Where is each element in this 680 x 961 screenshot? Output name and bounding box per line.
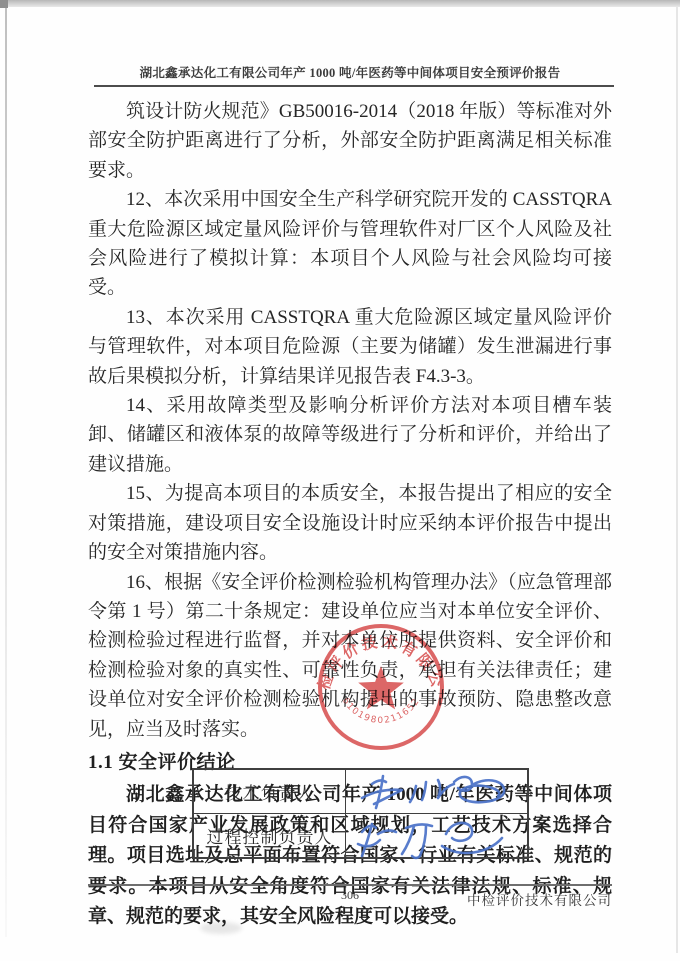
- handwritten-signature-technical: [350, 766, 520, 818]
- scan-edge-left: [5, 7, 7, 937]
- paragraph: 13、本次采用 CASSTQRA 重大危险源区域定量风险评价与管理软件，对本项目…: [88, 303, 612, 391]
- process-control-signature-cell: [346, 814, 527, 857]
- scan-edge-right: [676, 7, 678, 953]
- technical-lead-signature-cell: [346, 770, 527, 813]
- paragraph: 筑设计防火规范》GB50016-2014（2018 年版）等标准对外部安全防护距…: [88, 97, 612, 185]
- report-page: 湖北鑫承达化工有限公司年产 1000 吨/年医药等中间体项目安全预评价报告 筑设…: [0, 0, 680, 961]
- scan-corner-artifact: [0, 0, 8, 8]
- paragraph: 16、根据《安全评价检测检验机构管理办法》（应急管理部令第 1 号）第二十条规定…: [88, 568, 612, 744]
- table-row-process-control: 过程控制负责人: [194, 813, 527, 857]
- header-divider: [94, 85, 614, 87]
- footer-company-name: 中检评价技术有限公司: [467, 889, 612, 909]
- table-row-technical: 技术负责人: [194, 770, 527, 813]
- process-control-lead-label: 过程控制负责人: [194, 814, 346, 857]
- footer-divider: [88, 884, 612, 886]
- signature-table: 技术负责人 过程控制负责人: [192, 768, 529, 859]
- paragraph: 15、为提高本项目的本质安全，本报告提出了相应的安全对策措施，建设项目安全设施设…: [88, 479, 612, 567]
- paragraph: 12、本次采用中国安全生产科学研究院开发的 CASSTQRA 重大危险源区域定量…: [88, 185, 612, 303]
- page-header-title: 湖北鑫承达化工有限公司年产 1000 吨/年医药等中间体项目安全预评价报告: [88, 63, 612, 81]
- handwritten-signature-process-control: [348, 812, 518, 866]
- paragraph: 14、采用故障类型及影响分析评价方法对本项目槽车装卸、储罐区和液体泵的故障等级进…: [88, 391, 612, 479]
- scan-edge-top: [0, 0, 680, 7]
- technical-lead-label: 技术负责人: [194, 770, 346, 813]
